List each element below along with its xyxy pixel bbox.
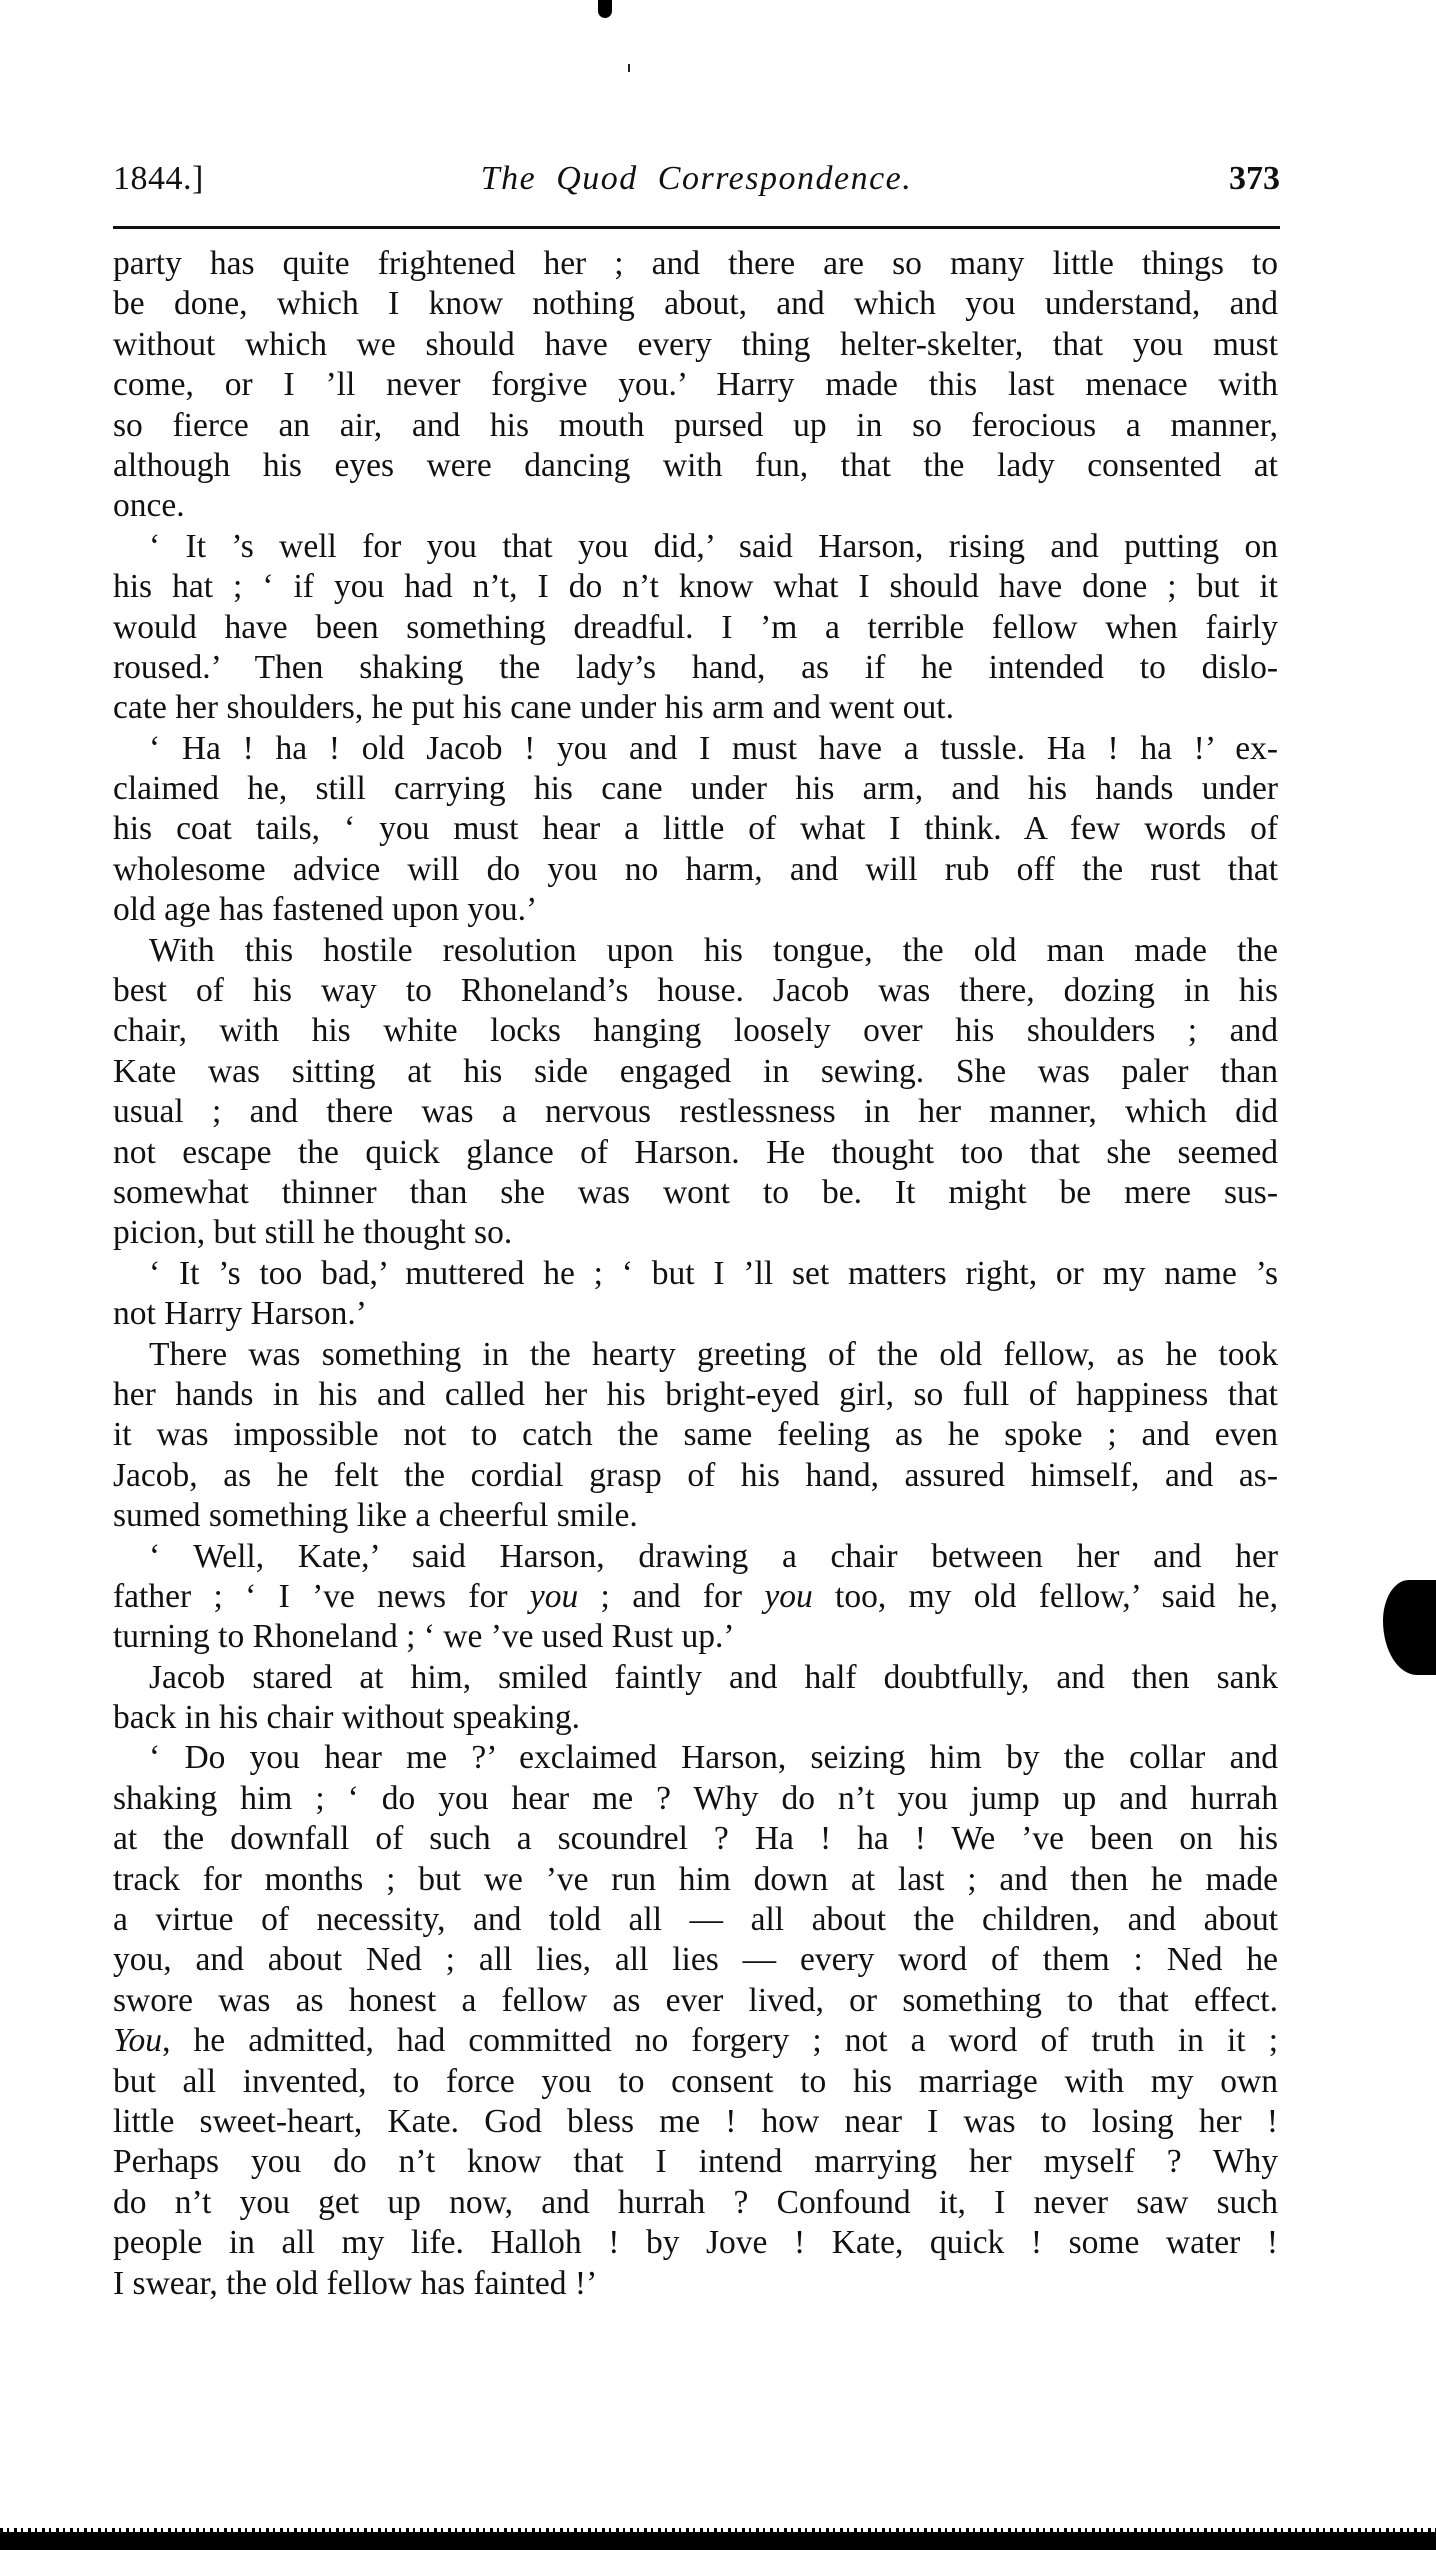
text-line: not escape the quick glance of Harson. H… xyxy=(113,1133,1278,1173)
page-number: 373 xyxy=(1229,160,1280,198)
text-line: so fierce an air, and his mouth pursed u… xyxy=(113,406,1278,446)
text-line: Jacob, as he felt the cordial grasp of h… xyxy=(113,1456,1278,1496)
text-line: a virtue of necessity, and told all — al… xyxy=(113,1900,1278,1940)
text-line: it was impossible not to catch the same … xyxy=(113,1415,1278,1455)
text-line: you, and about Ned ; all lies, all lies … xyxy=(113,1940,1278,1980)
text-line: best of his way to Rhoneland’s house. Ja… xyxy=(113,971,1278,1011)
text-line: With this hostile resolution upon his to… xyxy=(113,931,1278,971)
text-line: old age has fastened upon you.’ xyxy=(113,890,1278,930)
text-line: I swear, the old fellow has fainted !’ xyxy=(113,2264,1278,2304)
text-line: usual ; and there was a nervous restless… xyxy=(113,1092,1278,1132)
text-line: be done, which I know nothing about, and… xyxy=(113,284,1278,324)
text-line: ‘ Ha ! ha ! old Jacob ! you and I must h… xyxy=(113,729,1278,769)
text-line: although his eyes were dancing with fun,… xyxy=(113,446,1278,486)
text-line: sumed something like a cheerful smile. xyxy=(113,1496,1278,1536)
text-line: but all invented, to force you to consen… xyxy=(113,2062,1278,2102)
text-line: You, he admitted, had committed no forge… xyxy=(113,2021,1278,2061)
scan-speck xyxy=(628,64,630,72)
text-line: party has quite frightened her ; and the… xyxy=(113,244,1278,284)
text-line: claimed he, still carrying his cane unde… xyxy=(113,769,1278,809)
text-line: would have been something dreadful. I ’m… xyxy=(113,608,1278,648)
text-line: track for months ; but we ’ve run him do… xyxy=(113,1860,1278,1900)
scan-bottom-edge xyxy=(0,2532,1436,2550)
text-line: shaking him ; ‘ do you hear me ? Why do … xyxy=(113,1779,1278,1819)
text-line: ‘ It ’s too bad,’ muttered he ; ‘ but I … xyxy=(113,1254,1278,1294)
text-line: roused.’ Then shaking the lady’s hand, a… xyxy=(113,648,1278,688)
text-line: people in all my life. Halloh ! by Jove … xyxy=(113,2223,1278,2263)
text-line: at the downfall of such a scoundrel ? Ha… xyxy=(113,1819,1278,1859)
text-line: ‘ Do you hear me ?’ exclaimed Harson, se… xyxy=(113,1738,1278,1778)
text-line: without which we should have every thing… xyxy=(113,325,1278,365)
text-line: swore was as honest a fellow as ever liv… xyxy=(113,1981,1278,2021)
header-title: The Quod Correspondence. xyxy=(113,160,1280,198)
text-line: her hands in his and called her his brig… xyxy=(113,1375,1278,1415)
text-line: wholesome advice will do you no harm, an… xyxy=(113,850,1278,890)
body-text: party has quite frightened her ; and the… xyxy=(113,244,1278,2304)
text-line: Perhaps you do n’t know that I intend ma… xyxy=(113,2142,1278,2182)
text-line: do n’t you get up now, and hurrah ? Conf… xyxy=(113,2183,1278,2223)
text-line: Jacob stared at him, smiled faintly and … xyxy=(113,1658,1278,1698)
header-rule xyxy=(113,226,1280,229)
text-line: turning to Rhoneland ; ‘ we ’ve used Rus… xyxy=(113,1617,1278,1657)
scan-speck xyxy=(598,0,612,18)
text-line: somewhat thinner than she was wont to be… xyxy=(113,1173,1278,1213)
text-line: once. xyxy=(113,486,1278,526)
text-line: little sweet-heart, Kate. God bless me !… xyxy=(113,2102,1278,2142)
text-line: come, or I ’ll never forgive you.’ Harry… xyxy=(113,365,1278,405)
text-line: ‘ Well, Kate,’ said Harson, drawing a ch… xyxy=(113,1537,1278,1577)
text-line: father ; ‘ I ’ve news for you ; and for … xyxy=(113,1577,1278,1617)
text-line: There was something in the hearty greeti… xyxy=(113,1335,1278,1375)
text-line: cate her shoulders, he put his cane unde… xyxy=(113,688,1278,728)
text-line: ‘ It ’s well for you that you did,’ said… xyxy=(113,527,1278,567)
text-line: back in his chair without speaking. xyxy=(113,1698,1278,1738)
text-line: his hat ; ‘ if you had n’t, I do n’t kno… xyxy=(113,567,1278,607)
running-header: 1844.] The Quod Correspondence. 373 xyxy=(113,160,1280,210)
text-line: chair, with his white locks hanging loos… xyxy=(113,1011,1278,1051)
text-line: not Harry Harson.’ xyxy=(113,1294,1278,1334)
text-line: Kate was sitting at his side engaged in … xyxy=(113,1052,1278,1092)
text-line: picion, but still he thought so. xyxy=(113,1213,1278,1253)
text-line: his coat tails, ‘ you must hear a little… xyxy=(113,809,1278,849)
ink-blot xyxy=(1383,1580,1436,1675)
